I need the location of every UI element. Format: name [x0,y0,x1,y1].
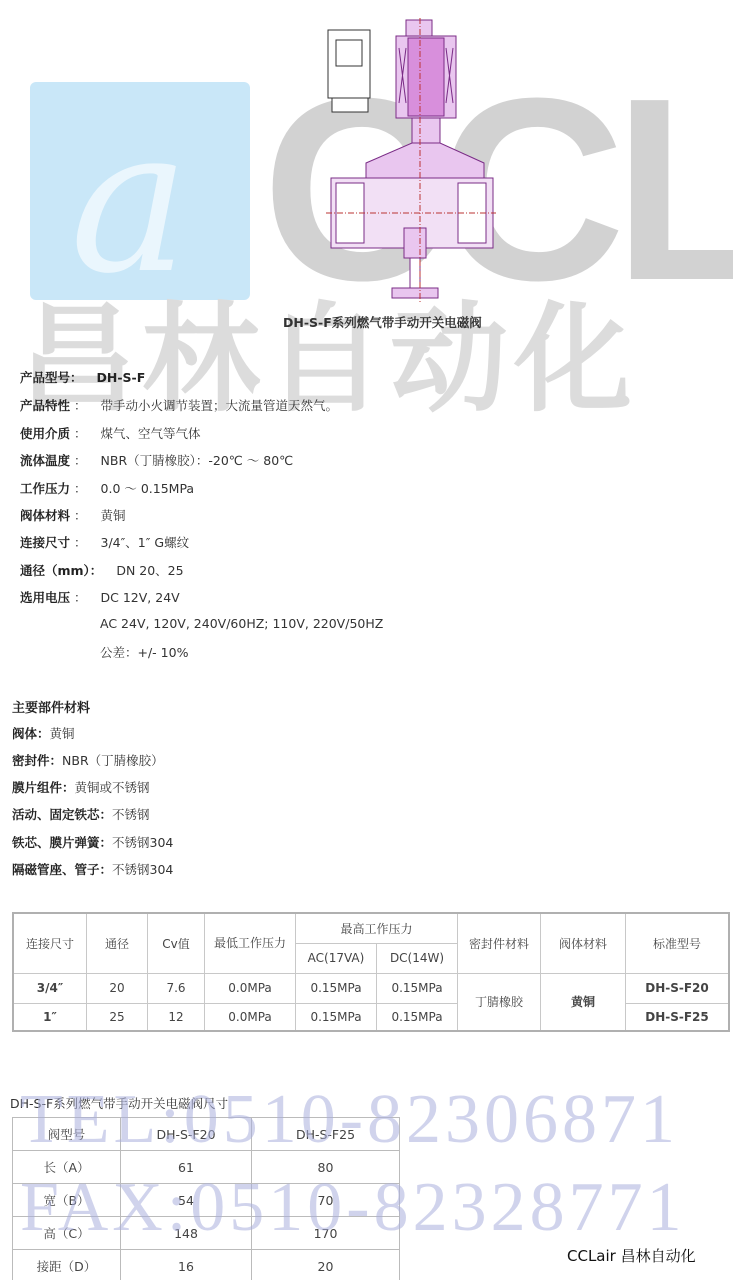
spec-table: 连接尺寸 通径 Cv值 最低工作压力 最高工作压力 密封件材料 阀体材料 标准型… [12,912,730,1032]
spec-medium: 使用介质 ：煤气、空气等气体 [20,424,201,442]
header-min-pressure: 最低工作压力 [205,913,296,973]
watermark-tel: TEL:0510-82306871 [20,1080,679,1160]
header-max-ac: AC(17VA) [296,943,377,973]
footer-brand: CCLair 昌林自动化 [567,1245,696,1266]
header-body: 阀体材料 [541,913,626,973]
table-row: 接距（D）1620 [13,1250,400,1280]
spec-voltage: 选用电压 ：DC 12V, 24V [20,588,180,606]
spec-tolerance: 公差：+/- 10% [100,643,188,661]
watermark-logo-icon: a [30,82,250,300]
body-value: 黄铜 [541,973,626,1031]
spec-connection: 连接尺寸 ：3/4″、1″ G螺纹 [20,533,189,551]
spec-voltage-ac: AC 24V, 120V, 240V/60HZ; 110V, 220V/50HZ [100,616,383,631]
header-model: 标准型号 [626,913,730,973]
material-item: 膜片组件：黄铜或不锈钢 [12,778,150,796]
spec-temperature: 流体温度 ：NBR（丁腈橡胶）：-20℃ ～ 80℃ [20,451,293,469]
watermark-fax: FAX:0510-82328771 [20,1168,686,1248]
header-seal: 密封件材料 [458,913,541,973]
header-size: 连接尺寸 [13,913,87,973]
spec-pressure: 工作压力 ：0.0 ～ 0.15MPa [20,479,194,497]
seal-value: 丁腈橡胶 [458,973,541,1031]
spec-body-material: 阀体材料 ：黄铜 [20,506,126,524]
material-item: 密封件：NBR（丁腈橡胶） [12,751,164,769]
materials-title: 主要部件材料 [12,697,90,716]
figure-caption: DH-S-F系列燃气带手动开关电磁阀 [283,313,482,331]
material-item: 阀体：黄铜 [12,724,75,742]
material-item: 隔磁管座、管子：不锈钢304 [12,860,173,878]
header-cv: Cv值 [148,913,205,973]
header-max-dc: DC(14W) [377,943,458,973]
spec-feature: 产品特性 ：带手动小火调节装置；大流量管道天然气。 [20,396,338,414]
header-bore: 通径 [87,913,148,973]
material-item: 活动、固定铁芯：不锈钢 [12,805,150,823]
table-row: 3/4″ 20 7.6 0.0MPa 0.15MPa 0.15MPa 丁腈橡胶 … [13,973,729,1003]
spec-bore: 通径（mm）：DN 20、25 [20,561,184,579]
material-item: 铁芯、膜片弹簧：不锈钢304 [12,833,173,851]
spec-model: 产品型号：DH-S-F [20,368,145,386]
valve-cross-section-drawing [326,18,496,308]
header-max-pressure: 最高工作压力 [296,913,458,943]
